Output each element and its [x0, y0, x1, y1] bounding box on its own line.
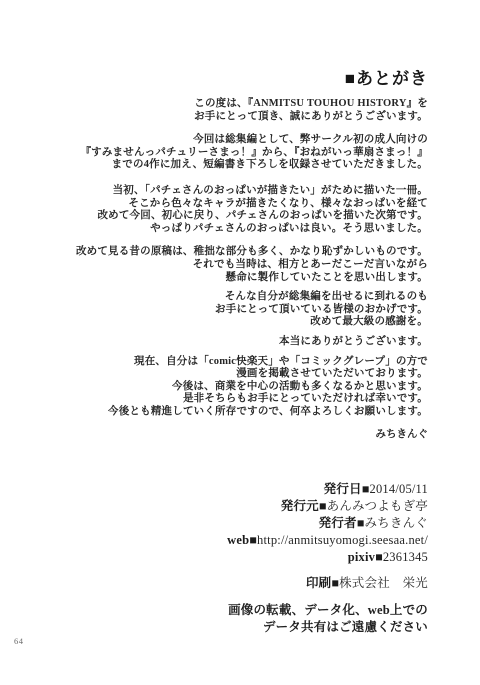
afterword-section: ■あとがき この度は、『ANMITSU TOUHOU HISTORY』を お手に…: [18, 64, 428, 442]
afterword-paragraph: 現在、自分は「comic快楽天」や「コミックグレープ」の方で 漫画を掲載させてい…: [18, 356, 428, 419]
colophon-entry-pixiv: pixiv■2361345: [18, 549, 428, 566]
afterword-line: までの4作に加え、短編書き下ろしを収録させていただきました。: [18, 159, 428, 172]
page-title: ■あとがき: [18, 64, 428, 89]
afterword-line: 『すみませんっパチュリーさまっ！』から、『おねがいっ華扇さまっ！』: [18, 147, 428, 160]
afterword-line: そんな自分が総集編を出せるに到れるのも: [18, 291, 428, 304]
afterword-line: 現在、自分は「comic快楽天」や「コミックグレープ」の方で: [18, 356, 428, 369]
afterword-line: それでも当時は、相方とあーだこーだ言いながら: [18, 259, 428, 272]
pixiv-id: 2361345: [383, 550, 428, 564]
colophon-value: 2014/05/11: [370, 482, 428, 496]
afterword-line: 懸命に製作していたことを思い出します。: [18, 272, 428, 285]
colophon-value: みちきんぐ: [364, 516, 428, 530]
colophon-label: pixiv■: [348, 550, 383, 564]
colophon-label: web■: [227, 533, 257, 547]
afterword-page: ■あとがき この度は、『ANMITSU TOUHOU HISTORY』を お手に…: [0, 0, 480, 685]
afterword-paragraph: この度は、『ANMITSU TOUHOU HISTORY』を お手にとって頂き、…: [18, 98, 428, 123]
afterword-paragraph: 当初、「パチェさんのおっぱいが描きたい」がために描いた一冊。 そこから色々なキャ…: [18, 185, 428, 235]
colophon-label: 発行日■: [324, 482, 370, 496]
afterword-line: そこから色々なキャラが描きたくなり、様々なおっぱいを経て: [18, 198, 428, 211]
afterword-line: お手にとって頂き、誠にありがとうございます。: [18, 111, 428, 124]
afterword-line: 漫画を掲載させていただいております。: [18, 368, 428, 381]
afterword-paragraph: 本当にありがとうございます。: [18, 336, 428, 349]
copyright-notice: 画像の転載、データ化、web上での データ共有はご遠慮ください: [18, 602, 428, 635]
afterword-line: 本当にありがとうございます。: [18, 336, 428, 349]
colophon-entry-printer: 印刷■株式会社 栄光: [18, 575, 428, 592]
notice-line: 画像の転載、データ化、web上での: [18, 602, 428, 619]
afterword-line: 当初、「パチェさんのおっぱいが描きたい」がために描いた一冊。: [18, 185, 428, 198]
colophon-label: 発行者■: [319, 516, 365, 530]
afterword-line: 今回は総集編として、弊サークル初の成人向けの: [18, 134, 428, 147]
afterword-line: やっぱりパチェさんのおっぱいは良い。そう思いました。: [18, 223, 428, 236]
colophon-value: 株式会社 栄光: [339, 576, 428, 590]
afterword-line: お手にとって頂いている皆様のおかげです。: [18, 304, 428, 317]
colophon-section: 発行日■2014/05/11 発行元■あんみつよもぎ亭 発行者■みちきんぐ we…: [18, 481, 428, 635]
afterword-line: 改めて今回、初心に戻り、パチェさんのおっぱいを描いた次第です。: [18, 210, 428, 223]
afterword-paragraph: 今回は総集編として、弊サークル初の成人向けの 『すみませんっパチュリーさまっ！』…: [18, 134, 428, 172]
afterword-line: 今後は、商業を中心の活動も多くなるかと思います。: [18, 381, 428, 394]
afterword-line: 是非そちらもお手にとっていただければ幸いです。: [18, 393, 428, 406]
afterword-paragraph: そんな自分が総集編を出せるに到れるのも お手にとって頂いている皆様のおかげです。…: [18, 291, 428, 329]
colophon-entry-publisher: 発行者■みちきんぐ: [18, 515, 428, 532]
afterword-paragraph: 改めて見る昔の原稿は、稚拙な部分も多く、かなり恥ずかしいものです。 それでも当時…: [18, 246, 428, 284]
colophon-entry-circle: 発行元■あんみつよもぎ亭: [18, 498, 428, 515]
afterword-line: 改めて見る昔の原稿は、稚拙な部分も多く、かなり恥ずかしいものです。: [18, 246, 428, 259]
colophon-label: 発行元■: [281, 499, 327, 513]
colophon-entry-date: 発行日■2014/05/11: [18, 481, 428, 498]
author-signature: みちきんぐ: [18, 429, 428, 442]
notice-line: データ共有はご遠慮ください: [18, 619, 428, 636]
colophon-label: 印刷■: [306, 576, 339, 590]
afterword-line: 今後とも精進していく所存ですので、何卒よろしくお願いします。: [18, 406, 428, 419]
colophon-value: あんみつよもぎ亭: [327, 499, 428, 513]
afterword-line: この度は、『ANMITSU TOUHOU HISTORY』を: [18, 98, 428, 111]
afterword-line: 改めて最大級の感謝を。: [18, 316, 428, 329]
colophon-entry-web: web■http://anmitsuyomogi.seesaa.net/: [18, 532, 428, 549]
website-url: http://anmitsuyomogi.seesaa.net/: [257, 533, 428, 547]
page-number: 64: [14, 636, 24, 646]
